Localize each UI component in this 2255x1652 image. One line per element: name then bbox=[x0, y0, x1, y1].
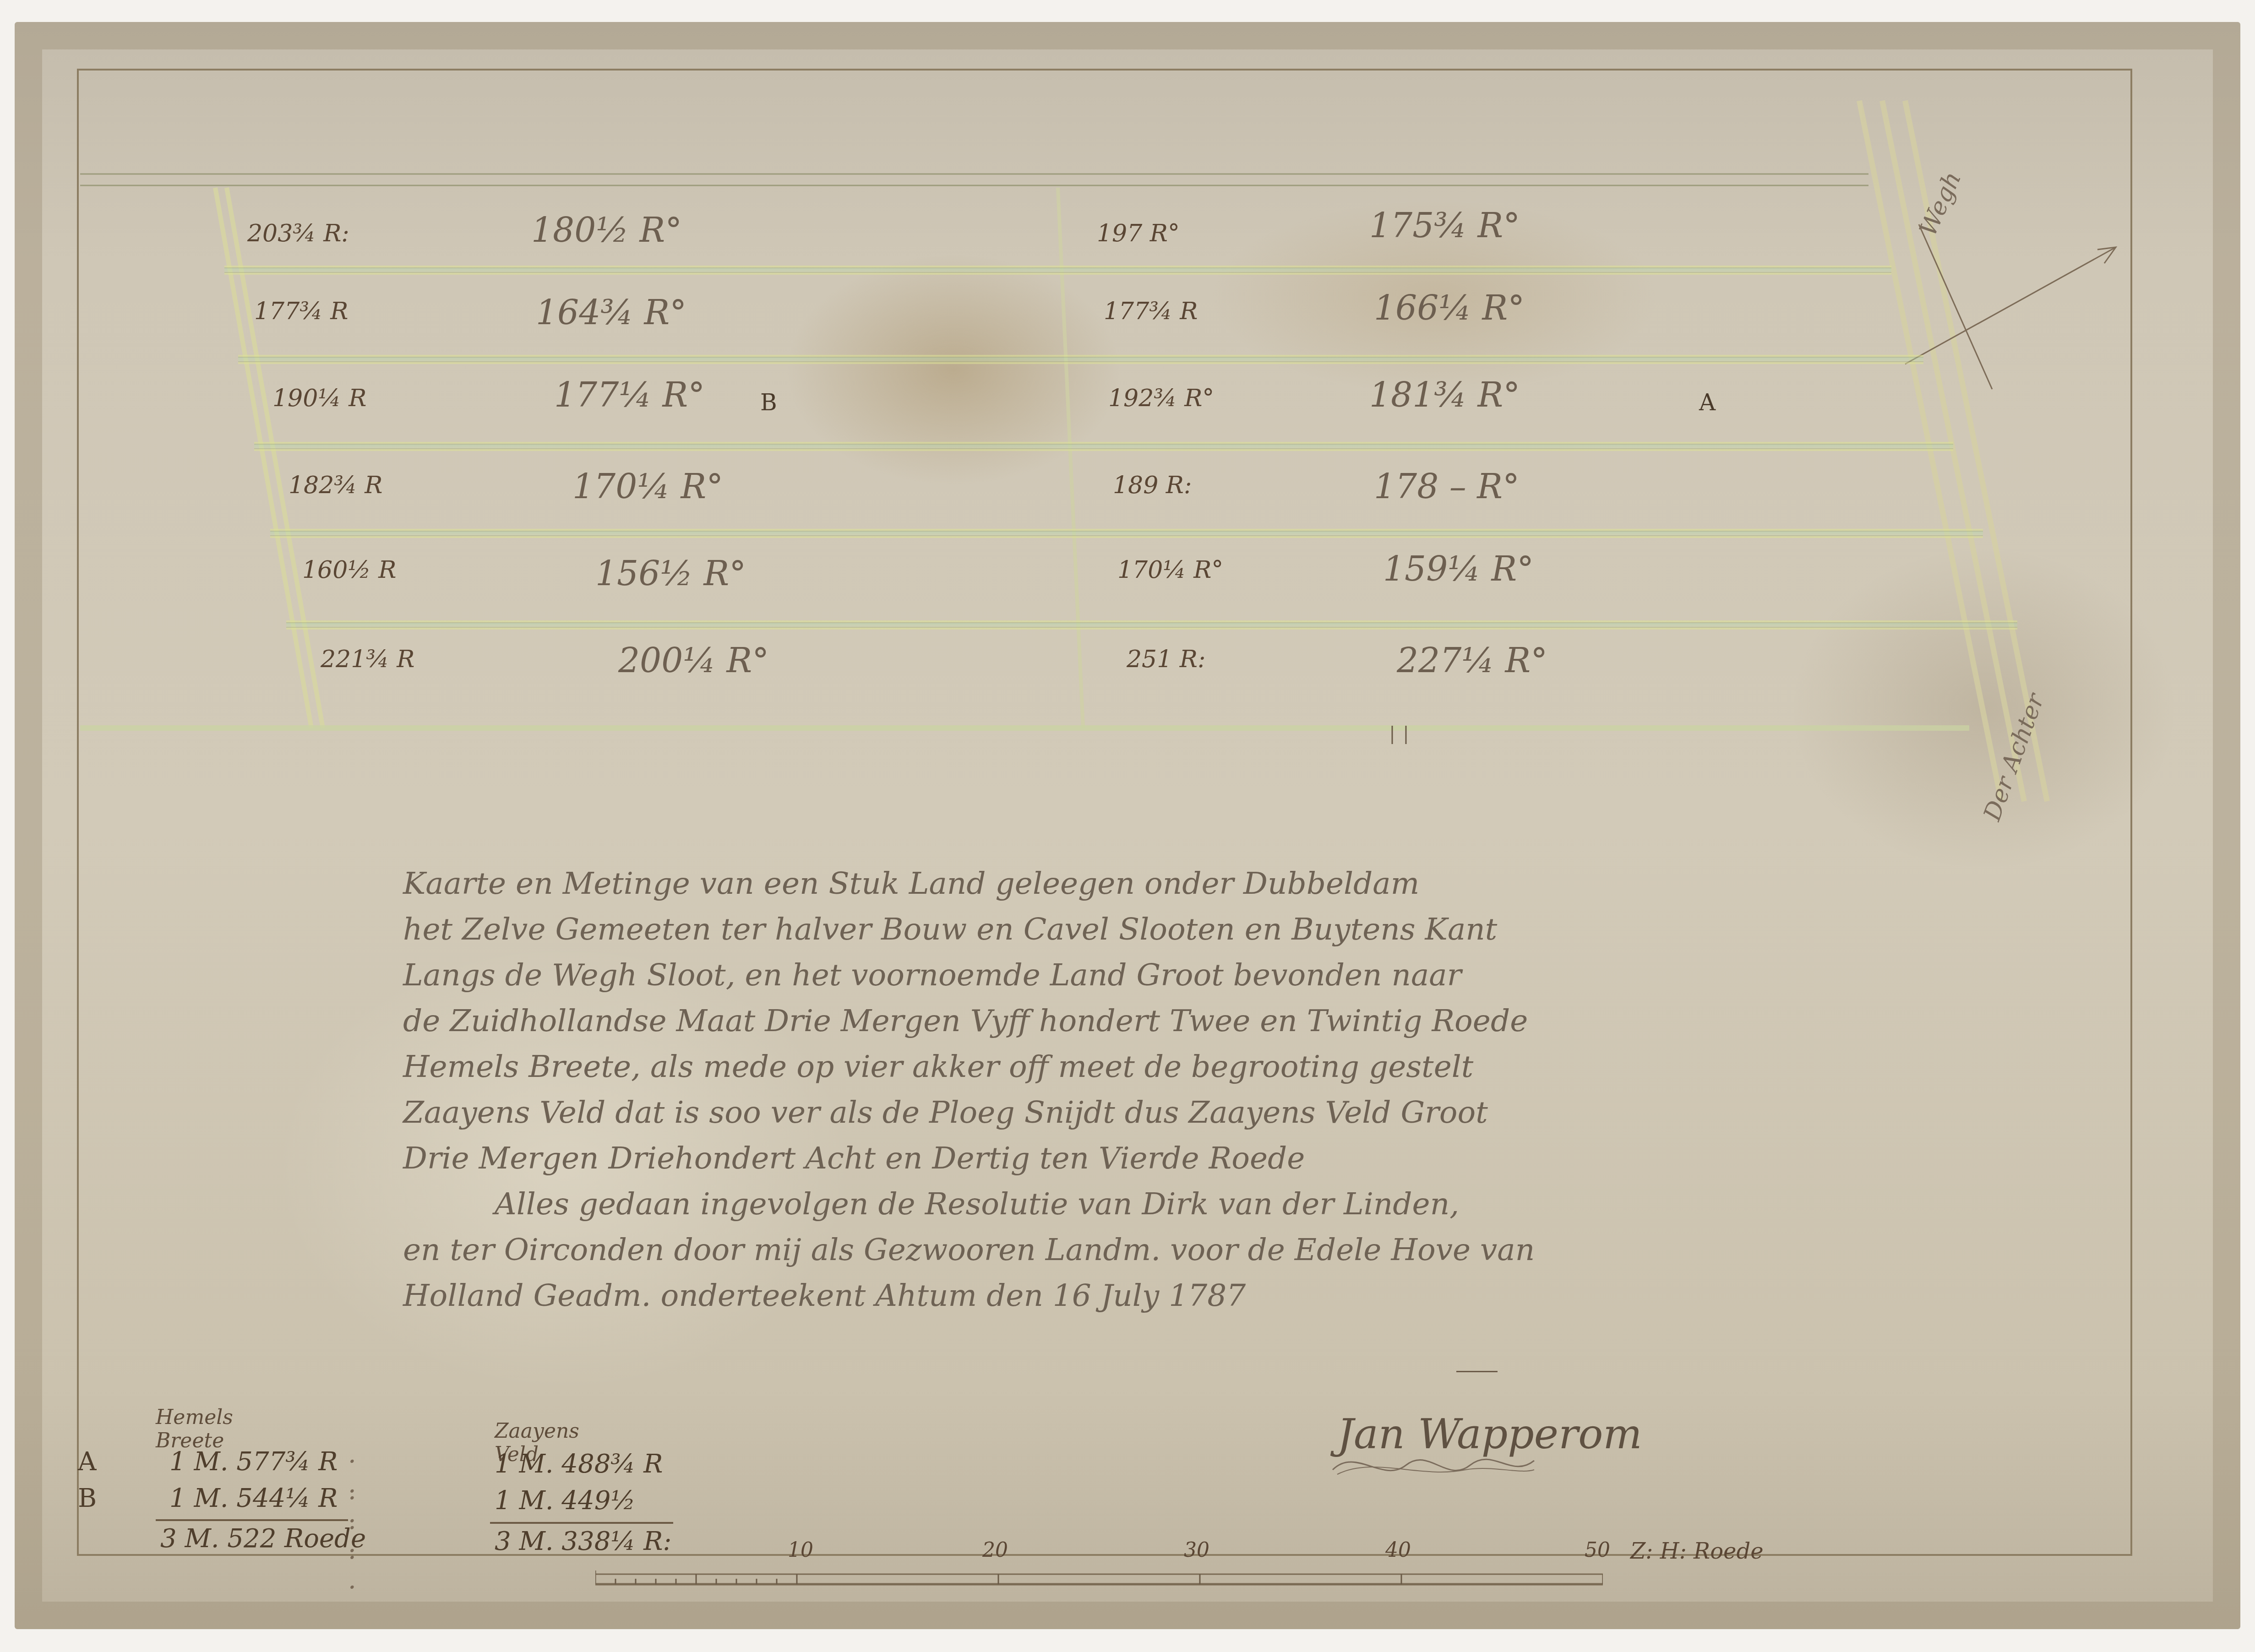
scale-unit-label: Z: H: Roede bbox=[1630, 1538, 1764, 1564]
sum-rule-breete bbox=[156, 1519, 348, 1521]
parcel-a6-length: 251 R: bbox=[1127, 646, 1205, 673]
parcel-b4-area: 170¼ R° bbox=[572, 467, 723, 506]
parcel-a4-length: 189 R: bbox=[1113, 472, 1192, 499]
caption-line-5: Hemels Breete, als mede op vier akker of… bbox=[403, 1044, 1823, 1090]
totals-sum-breete: 3 M. 522 Roede bbox=[160, 1524, 366, 1554]
parcel-a1-area: 175¾ R° bbox=[1369, 206, 1520, 245]
parcel-b5-area: 156½ R° bbox=[595, 554, 746, 593]
parcel-b3-length: 190¼ R bbox=[272, 385, 366, 412]
caption-line-10: Holland Geadm. onderteekent Ahtum den 16… bbox=[403, 1273, 1823, 1319]
caption-line-4: de Zuidhollandse Maat Drie Mergen Vyff h… bbox=[403, 998, 1823, 1044]
signature-flourish bbox=[1328, 1442, 1539, 1484]
scale-tick-10: 10 bbox=[788, 1538, 813, 1562]
parcel-a3-length: 192¾ R° bbox=[1108, 385, 1214, 412]
parcel-a2-length: 177¾ R bbox=[1104, 298, 1198, 325]
totals-row-b-breete: 1 M. 544¼ R bbox=[169, 1484, 338, 1513]
parcel-b6-area: 200¼ R° bbox=[618, 641, 769, 680]
parcel-b1-length: 203¾ R: bbox=[247, 220, 349, 247]
parcel-a2-area: 166¼ R° bbox=[1374, 288, 1525, 328]
parcel-divider-5 bbox=[286, 620, 2017, 630]
parcel-b4-length: 182¾ R bbox=[289, 472, 382, 499]
parcel-b1-area: 180½ R° bbox=[531, 211, 682, 250]
totals-row-b-veld: 1 M. 449½ bbox=[495, 1486, 636, 1516]
parcel-a1-length: 197 R° bbox=[1097, 220, 1180, 247]
caption-line-6: Zaayens Veld dat is soo ver als de Ploeg… bbox=[403, 1090, 1823, 1136]
parcel-a5-area: 159¼ R° bbox=[1383, 549, 1534, 589]
parcel-grid bbox=[0, 0, 2255, 1652]
parcel-b2-length: 177¾ R bbox=[254, 298, 348, 325]
totals-row-a-label: A bbox=[78, 1447, 96, 1477]
parcel-divider-2 bbox=[238, 355, 1923, 364]
caption-line-9: en ter Oirconden door mij als Gezwooren … bbox=[403, 1227, 1823, 1273]
parcel-divider-3 bbox=[254, 442, 1953, 451]
parcel-b6-length: 221¾ R bbox=[321, 646, 414, 673]
caption-line-2: het Zelve Gemeeten ter halver Bouw en Ca… bbox=[403, 907, 1823, 952]
sum-rule-veld bbox=[490, 1522, 673, 1524]
parcel-divider-1 bbox=[224, 266, 1891, 275]
totals-row-a-veld: 1 M. 488¾ R bbox=[495, 1449, 663, 1479]
parcel-b2-area: 164¾ R° bbox=[536, 293, 686, 332]
totals-sum-veld: 3 M. 338¼ R: bbox=[495, 1527, 671, 1556]
caption-line-7: Drie Mergen Driehondert Acht en Dertig t… bbox=[403, 1136, 1823, 1181]
parcel-a3-area: 181¾ R° bbox=[1369, 375, 1520, 415]
parcel-divider-4 bbox=[270, 529, 1983, 538]
survey-description: Kaarte en Metinge van een Stuk Land gele… bbox=[403, 861, 1823, 1319]
totals-row-a-breete: 1 M. 577¾ R bbox=[169, 1447, 338, 1477]
scale-bar bbox=[595, 1570, 1603, 1589]
parcel-a5-length: 170¼ R° bbox=[1117, 556, 1223, 584]
parcel-a4-area: 178 – R° bbox=[1374, 467, 1520, 506]
date-underline bbox=[1456, 1371, 1498, 1372]
caption-line-8: Alles gedaan ingevolgen de Resolutie van… bbox=[403, 1181, 1823, 1227]
field-label-a: A bbox=[1699, 389, 1716, 416]
caption-line-1: Kaarte en Metinge van een Stuk Land gele… bbox=[403, 861, 1823, 907]
field-label-b: B bbox=[760, 389, 777, 416]
scale-tick-50: 50 bbox=[1585, 1538, 1610, 1562]
parcel-a6-area: 227¼ R° bbox=[1397, 641, 1547, 680]
totals-header-breete: Hemels Breete bbox=[156, 1406, 233, 1452]
totals-row-b-label: B bbox=[78, 1484, 97, 1513]
scale-tick-40: 40 bbox=[1385, 1538, 1411, 1562]
parcel-b3-area: 177¼ R° bbox=[554, 375, 705, 415]
scale-tick-20: 20 bbox=[982, 1538, 1008, 1562]
caption-line-3: Langs de Wegh Sloot, en het voornoemde L… bbox=[403, 952, 1823, 998]
scale-tick-30: 30 bbox=[1184, 1538, 1209, 1562]
parcel-b5-length: 160½ R bbox=[302, 556, 396, 584]
